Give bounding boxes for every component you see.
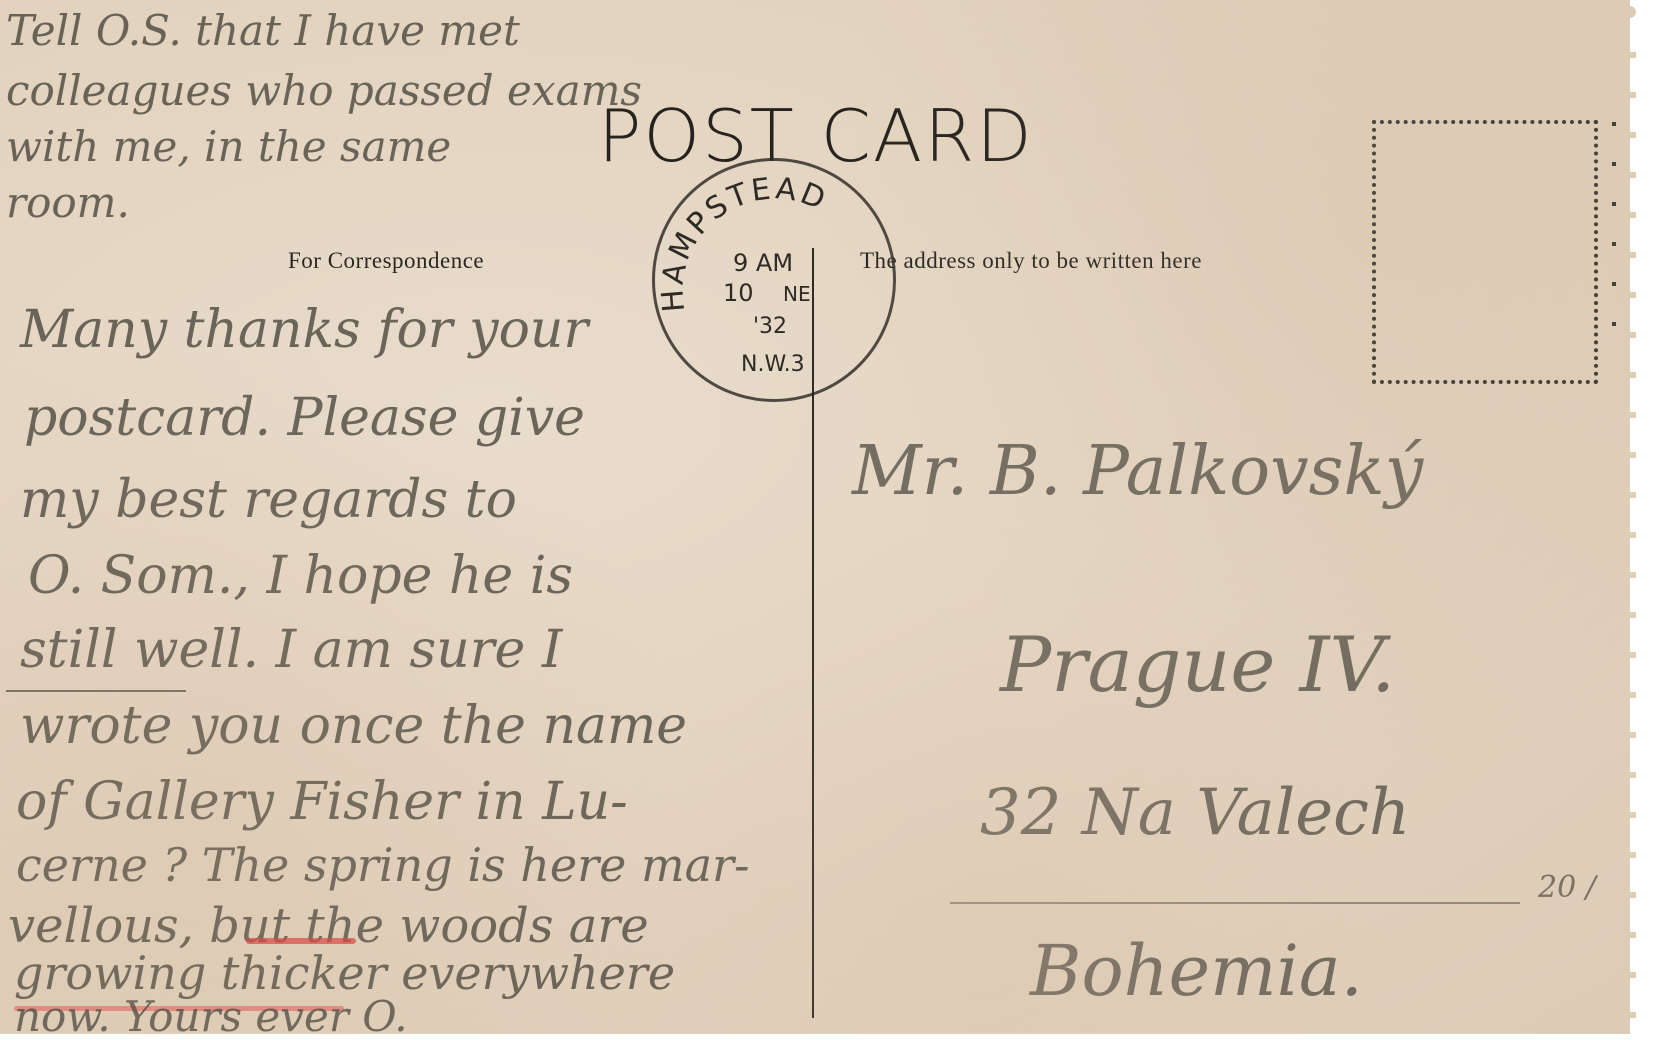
address-divider-line — [950, 902, 1520, 904]
message-top-line: Tell O.S. that I have met — [6, 6, 520, 55]
message-body-line: wrote you once the name — [20, 696, 687, 756]
address-line-country: Bohemia. — [1030, 930, 1363, 1012]
message-body-line: my best regards to — [20, 470, 517, 530]
message-body-line: now. Yours ever O. — [14, 992, 408, 1034]
address-line-recipient: Mr. B. Palkovský — [852, 432, 1423, 511]
message-body-line: postcard. Please give — [24, 388, 585, 448]
message-body-line: of Gallery Fisher in Lu- — [16, 772, 628, 832]
pencil-note: 20 / — [1538, 870, 1596, 905]
correspondence-label: For Correspondence — [288, 248, 484, 274]
message-top-line: with me, in the same — [6, 122, 451, 171]
perforation-dots — [1612, 122, 1616, 352]
postmark-district: N.W.3 — [741, 352, 805, 377]
postcard: POST CARD For Correspondence The address… — [0, 0, 1636, 1034]
message-top-line: room. — [6, 178, 130, 227]
underline-still — [6, 690, 186, 692]
postmark-year: '32 — [753, 314, 787, 339]
message-body-line: Many thanks for your — [20, 300, 588, 360]
message-body-line: still well. I am sure I — [20, 620, 562, 680]
address-label: The address only to be written here — [860, 248, 1202, 274]
message-body-line: cerne ? The spring is here mar- — [16, 838, 750, 892]
address-line-city: Prague IV. — [1000, 620, 1395, 709]
message-top-line: colleagues who passed exams — [6, 66, 642, 115]
red-pencil-mark — [246, 938, 356, 944]
postmark-day: 10 — [723, 279, 754, 307]
stamp-placeholder-box — [1372, 120, 1598, 384]
address-line-street: 32 Na Valech — [980, 776, 1410, 850]
torn-perforated-edge — [1630, 0, 1664, 1040]
postmark-month: NE — [783, 282, 811, 306]
postmark-icon: HAMPSTEAD 9 AM 10 NE '32 N.W.3 — [652, 158, 896, 402]
message-body-line: O. Som., I hope he is — [28, 546, 573, 606]
postmark-time: 9 AM — [733, 249, 793, 277]
